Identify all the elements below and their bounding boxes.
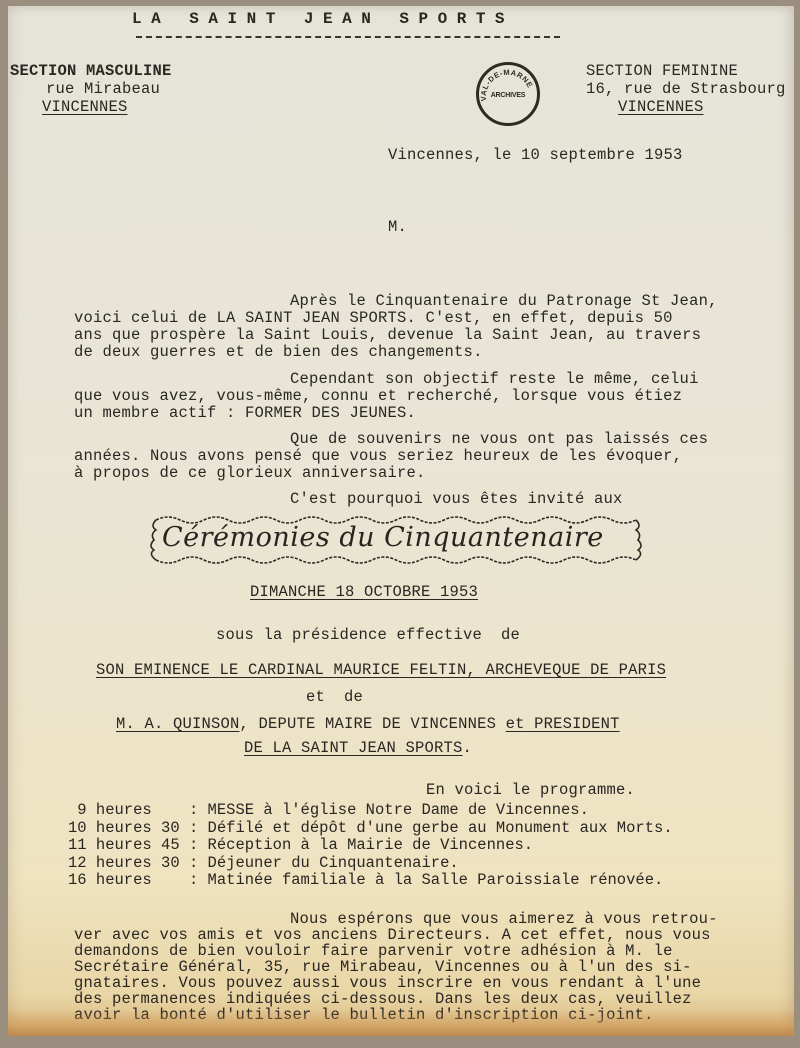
paragraph-2-line: un membre actif : FORMER DES JEUNES.	[74, 404, 416, 422]
programme-activity: : Matinée familiale à la Salle Paroissia…	[189, 871, 663, 889]
presidency-intro: sous la présidence effective de	[216, 626, 520, 644]
section-masculine-name: SECTION MASCULINE	[10, 62, 172, 80]
ceremony-banner: Cérémonies du Cinquantenaire	[148, 514, 642, 566]
programme-time: 10 heures 30	[68, 819, 180, 837]
presidency-conjunction: et de	[306, 688, 363, 706]
paragraph-1-line: voici celui de LA SAINT JEAN SPORTS. C'e…	[74, 309, 673, 327]
programme-activity: : Déjeuner du Cinquantenaire.	[189, 854, 459, 872]
ceremony-title: Cérémonies du Cinquantenaire	[162, 522, 604, 553]
paragraph-1-line: Après le Cinquantenaire du Patronage St …	[290, 292, 718, 310]
letterhead-title: LA SAINT JEAN SPORTS	[132, 10, 514, 28]
letter-page: LA SAINT JEAN SPORTS SECTION MASCULINE r…	[8, 6, 794, 1036]
programme-item: 16 heures : Matinée familiale à la Salle…	[68, 872, 673, 890]
person-2-name: M. A. QUINSON	[116, 715, 240, 733]
paragraph-1-line: de deux guerres et de bien des changemen…	[74, 343, 483, 361]
programme-activity: : Réception à la Mairie de Vincennes.	[189, 836, 533, 854]
invitation-line: C'est pourquoi vous êtes invité aux	[290, 490, 623, 508]
section-masculine-city: VINCENNES	[42, 98, 128, 116]
paper-stain	[8, 1010, 794, 1036]
person-2-title-a: PRESIDENT	[525, 715, 620, 733]
section-feminine-name: SECTION FEMININE	[586, 62, 738, 80]
section-feminine-city: VINCENNES	[618, 98, 704, 116]
programme-list: 9 heures : MESSE à l'église Notre Dame d…	[68, 802, 673, 890]
programme-item: 11 heures 45 : Réception à la Mairie de …	[68, 837, 673, 855]
stamp-center-text: ARCHIVES	[479, 92, 537, 99]
paragraph-3-line: Que de souvenirs ne vous ont pas laissés…	[290, 430, 708, 448]
presidency-person-1: SON EMINENCE LE CARDINAL MAURICE FELTIN,…	[96, 661, 666, 679]
person-2-end: .	[463, 739, 473, 757]
paragraph-3-line: à propos de ce glorieux anniversaire.	[74, 464, 426, 482]
paragraph-1-line: ans que prospère la Saint Louis, devenue…	[74, 326, 701, 344]
presidency-person-2-line-1: M. A. QUINSON, DEPUTE MAIRE DE VINCENNES…	[116, 715, 620, 733]
programme-intro: En voici le programme.	[426, 781, 635, 799]
event-date: DIMANCHE 18 OCTOBRE 1953	[250, 583, 478, 601]
paragraph-2-line: Cependant son objectif reste le même, ce…	[290, 370, 699, 388]
section-feminine-address: 16, rue de Strasbourg	[586, 80, 786, 98]
archives-stamp: VAL-DE-MARNE ARCHIVES	[476, 62, 540, 126]
presidency-person-2-line-2: DE LA SAINT JEAN SPORTS.	[244, 739, 472, 757]
paragraph-3-line: années. Nous avons pensé que vous seriez…	[74, 447, 682, 465]
person-2-title-b: DE LA SAINT JEAN SPORTS	[244, 739, 463, 757]
person-2-role: , DEPUTE MAIRE DE VINCENNES	[240, 715, 506, 733]
programme-time: 11 heures 45	[68, 836, 180, 854]
date-line: Vincennes, le 10 septembre 1953	[388, 146, 683, 164]
section-masculine-address: rue Mirabeau	[46, 80, 160, 98]
programme-activity: : Défilé et dépôt d'une gerbe au Monumen…	[189, 819, 673, 837]
salutation: M.	[388, 218, 407, 236]
programme-time: 16 heures	[68, 871, 180, 889]
programme-item: 9 heures : MESSE à l'église Notre Dame d…	[68, 802, 673, 820]
programme-activity: : MESSE à l'église Notre Dame de Vincenn…	[189, 801, 589, 819]
programme-time: 12 heures 30	[68, 854, 180, 872]
person-2-et: et	[506, 715, 525, 733]
programme-item: 12 heures 30 : Déjeuner du Cinquantenair…	[68, 855, 673, 873]
paragraph-2-line: que vous avez, vous-même, connu et reche…	[74, 387, 682, 405]
programme-item: 10 heures 30 : Défilé et dépôt d'une ger…	[68, 820, 673, 838]
letterhead-divider	[136, 36, 560, 38]
programme-time: 9 heures	[68, 801, 180, 819]
